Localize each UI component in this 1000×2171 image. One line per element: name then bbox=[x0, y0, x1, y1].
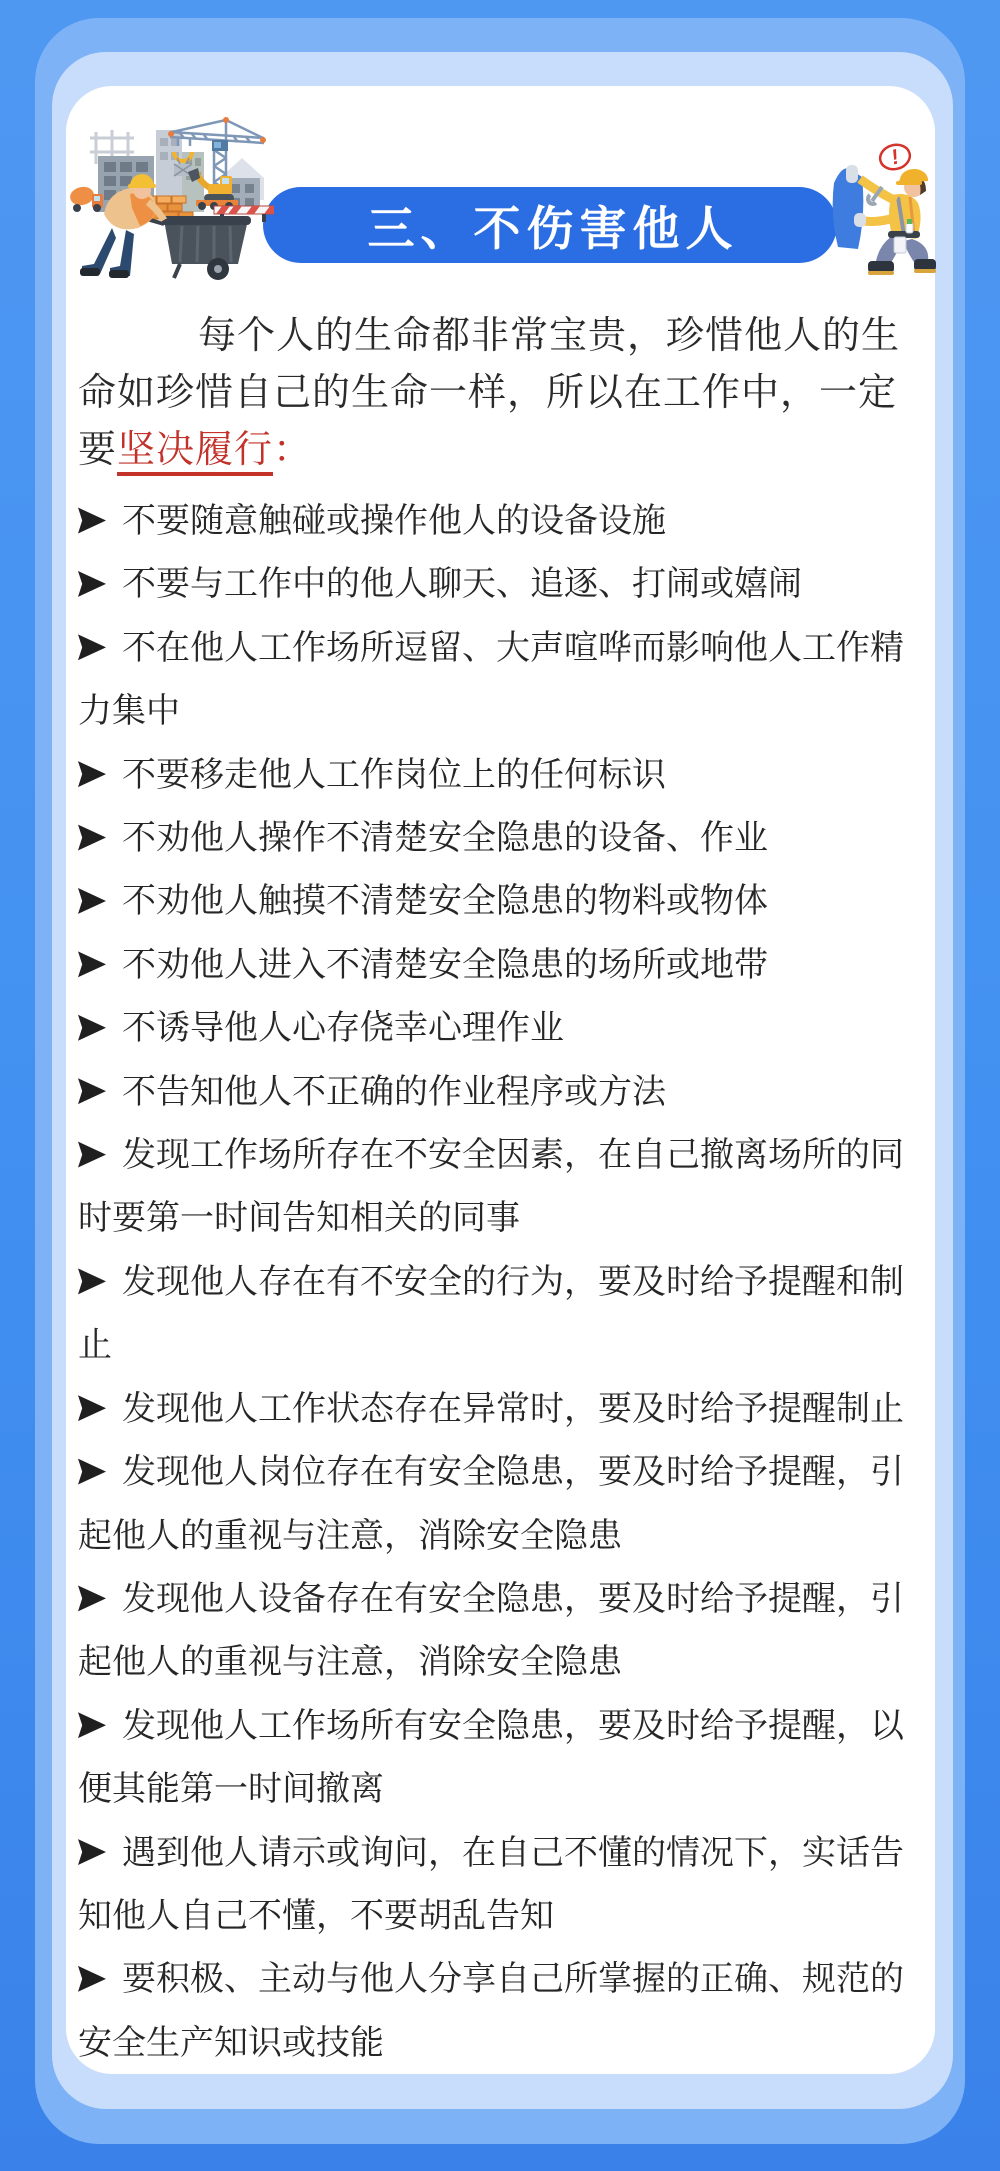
list-item: 要积极、主动与他人分享自己所掌握的正确、规范的安全生产知识或技能 bbox=[78, 1948, 905, 2075]
section-title-banner: 三、不伤害他人 bbox=[263, 187, 837, 263]
crane-hook-icon bbox=[172, 152, 194, 163]
list-item: 不诱导他人心存侥幸心理作业 bbox=[78, 997, 905, 1060]
intro-line-3-prefix: 要 bbox=[78, 429, 117, 471]
list-item: 发现他人工作场所有安全隐患，要及时给予提醒，以便其能第一时间撤离 bbox=[78, 1695, 905, 1822]
rule-line: 安全生产知识或技能 bbox=[78, 2012, 905, 2075]
bullet-arrow-icon bbox=[78, 1458, 106, 1485]
intro-line-2: 命如珍惜自己的生命一样，所以在工作中，一定 bbox=[78, 365, 905, 422]
intro-highlight: 坚决履行 bbox=[117, 429, 273, 476]
rule-line: 力集中 bbox=[78, 680, 905, 743]
bullet-arrow-icon bbox=[78, 1839, 106, 1866]
list-item: 不劝他人触摸不清楚安全隐患的物料或物体 bbox=[78, 870, 905, 933]
rule-line: 不要移走他人工作岗位上的任何标识 bbox=[78, 744, 905, 807]
intro-paragraph: 每个人的生命都非常宝贵，珍惜他人的生 命如珍惜自己的生命一样，所以在工作中，一定… bbox=[78, 308, 905, 479]
bullet-arrow-icon bbox=[78, 1712, 106, 1739]
list-item: 不要随意触碰或操作他人的设备设施 bbox=[78, 490, 905, 553]
bullet-arrow-icon bbox=[78, 1014, 106, 1041]
mixer-truck-icon bbox=[68, 185, 103, 212]
bullet-arrow-icon bbox=[78, 507, 106, 534]
list-item: 发现他人工作状态存在异常时，要及时给予提醒制止 bbox=[78, 1378, 905, 1441]
bullet-arrow-icon bbox=[78, 761, 106, 788]
intro-colon: ： bbox=[273, 429, 312, 471]
list-item: 不劝他人操作不清楚安全隐患的设备、作业 bbox=[78, 807, 905, 870]
bullet-arrow-icon bbox=[78, 824, 106, 851]
rule-line: 不劝他人进入不清楚安全隐患的场所或地带 bbox=[78, 934, 905, 997]
crane-joints-icon bbox=[168, 117, 266, 143]
rule-line: 便其能第一时间撤离 bbox=[78, 1758, 905, 1821]
alert-icon: ! bbox=[877, 143, 912, 172]
rule-line: 发现他人存在有不安全的行为，要及时给予提醒和制 bbox=[78, 1251, 905, 1314]
tower-crane-icon bbox=[170, 120, 264, 200]
list-item: 遇到他人请示或询问，在自己不懂的情况下，实话告知他人自己不懂，不要胡乱告知 bbox=[78, 1822, 905, 1949]
list-item: 发现工作场所存在不安全因素，在自己撤离场所的同时要第一时间告知相关的同事 bbox=[78, 1124, 905, 1251]
kneeling-worker-illustration: ! bbox=[832, 143, 936, 277]
rule-line: 不要随意触碰或操作他人的设备设施 bbox=[78, 490, 905, 553]
svg-text:!: ! bbox=[889, 145, 902, 169]
content-card: 三、不伤害他人 bbox=[66, 86, 935, 2074]
rule-line: 不告知他人不正确的作业程序或方法 bbox=[78, 1061, 905, 1124]
list-item: 不告知他人不正确的作业程序或方法 bbox=[78, 1061, 905, 1124]
safety-rules-list: 不要随意触碰或操作他人的设备设施不要与工作中的他人聊天、追逐、打闹或嬉闹不在他人… bbox=[78, 490, 905, 2075]
rule-line: 发现他人设备存在有安全隐患，要及时给予提醒，引 bbox=[78, 1568, 905, 1631]
rule-line: 发现工作场所存在不安全因素，在自己撤离场所的同 bbox=[78, 1124, 905, 1187]
rule-line: 要积极、主动与他人分享自己所掌握的正确、规范的 bbox=[78, 1948, 905, 2011]
rule-line: 不劝他人操作不清楚安全隐患的设备、作业 bbox=[78, 807, 905, 870]
worker-pushing-cart-icon bbox=[80, 174, 164, 278]
buildings-icon bbox=[98, 130, 264, 212]
list-item: 不在他人工作场所逗留、大声喧哗而影响他人工作精力集中 bbox=[78, 617, 905, 744]
list-item: 发现他人设备存在有安全隐患，要及时给予提醒，引起他人的重视与注意，消除安全隐患 bbox=[78, 1568, 905, 1695]
rule-line: 起他人的重视与注意，消除安全隐患 bbox=[78, 1505, 905, 1568]
list-item: 不要移走他人工作岗位上的任何标识 bbox=[78, 744, 905, 807]
crane-load-icon bbox=[174, 158, 192, 176]
brick-stack-icon bbox=[134, 196, 193, 219]
list-item: 发现他人存在有不安全的行为，要及时给予提醒和制止 bbox=[78, 1251, 905, 1378]
scaffolding-icon bbox=[90, 130, 134, 164]
crane-cab-icon bbox=[212, 140, 228, 151]
bullet-arrow-icon bbox=[78, 1141, 106, 1168]
rule-line: 知他人自己不懂，不要胡乱告知 bbox=[78, 1885, 905, 1948]
poster-page: 三、不伤害他人 bbox=[0, 0, 1000, 2171]
bullet-arrow-icon bbox=[78, 570, 106, 597]
list-item: 不要与工作中的他人聊天、追逐、打闹或嬉闹 bbox=[78, 553, 905, 616]
rule-line: 发现他人岗位存在有安全隐患，要及时给予提醒，引 bbox=[78, 1441, 905, 1504]
bullet-arrow-icon bbox=[78, 634, 106, 661]
intro-line-1: 每个人的生命都非常宝贵，珍惜他人的生 bbox=[78, 308, 905, 365]
rule-line: 发现他人工作场所有安全隐患，要及时给予提醒，以 bbox=[78, 1695, 905, 1758]
list-item: 不劝他人进入不清楚安全隐患的场所或地带 bbox=[78, 934, 905, 997]
bullet-arrow-icon bbox=[78, 1268, 106, 1295]
rule-line: 时要第一时间告知相关的同事 bbox=[78, 1187, 905, 1250]
intro-line-3: 要坚决履行： bbox=[78, 422, 905, 479]
rule-line: 不在他人工作场所逗留、大声喧哗而影响他人工作精 bbox=[78, 617, 905, 680]
worker-figure-icon bbox=[846, 165, 936, 275]
bullet-arrow-icon bbox=[78, 887, 106, 914]
blue-panel-icon bbox=[833, 168, 864, 249]
bullet-arrow-icon bbox=[78, 1585, 106, 1612]
bullet-arrow-icon bbox=[78, 1078, 106, 1105]
excavator-icon bbox=[188, 168, 238, 210]
rule-line: 不要与工作中的他人聊天、追逐、打闹或嬉闹 bbox=[78, 553, 905, 616]
section-title: 三、不伤害他人 bbox=[362, 192, 739, 259]
wheelbarrow-icon bbox=[136, 216, 251, 280]
list-item: 发现他人岗位存在有安全隐患，要及时给予提醒，引起他人的重视与注意，消除安全隐患 bbox=[78, 1441, 905, 1568]
rule-line: 发现他人工作状态存在异常时，要及时给予提醒制止 bbox=[78, 1378, 905, 1441]
bullet-arrow-icon bbox=[78, 951, 106, 978]
bullet-arrow-icon bbox=[78, 1395, 106, 1422]
rule-line: 止 bbox=[78, 1314, 905, 1377]
bullet-arrow-icon bbox=[78, 1965, 106, 1992]
construction-scene-illustration bbox=[68, 116, 274, 282]
rule-line: 不劝他人触摸不清楚安全隐患的物料或物体 bbox=[78, 870, 905, 933]
rule-line: 不诱导他人心存侥幸心理作业 bbox=[78, 997, 905, 1060]
body-text: 每个人的生命都非常宝贵，珍惜他人的生 命如珍惜自己的生命一样，所以在工作中，一定… bbox=[78, 308, 905, 2075]
rule-line: 遇到他人请示或询问，在自己不懂的情况下，实话告 bbox=[78, 1822, 905, 1885]
rule-line: 起他人的重视与注意，消除安全隐患 bbox=[78, 1631, 905, 1694]
